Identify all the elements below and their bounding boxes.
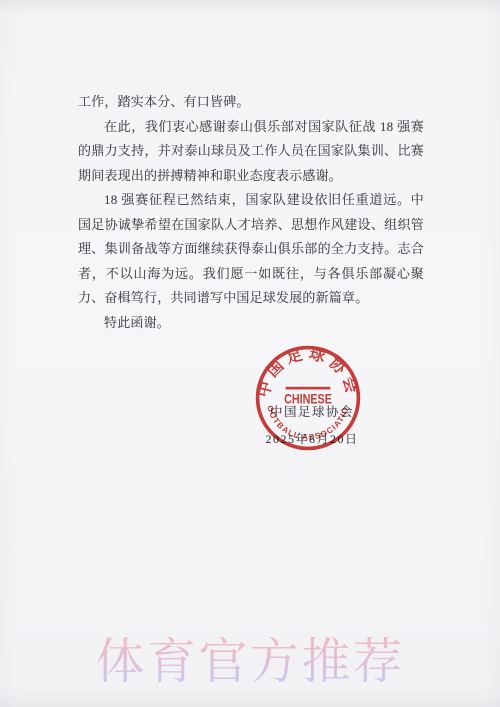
stamp-center-text: CHINESE [284,392,332,408]
stamp-graphic: 中国足球协会 CHINESE FOOTBALL ASSOCIATION [252,342,364,454]
official-seal-stamp-icon: 中国足球协会 CHINESE FOOTBALL ASSOCIATION [252,342,364,454]
paragraph: 工作，踏实本分、有口皆碑。 [78,90,424,115]
closing-paragraph: 特此函谢。 [78,311,424,336]
scanned-letter-page: 工作，踏实本分、有口皆碑。 在此，我们衷心感谢泰山俱乐部对国家队征战 18 强赛… [0,0,500,707]
letter-body: 工作，踏实本分、有口皆碑。 在此，我们衷心感谢泰山俱乐部对国家队征战 18 强赛… [78,90,424,335]
paragraph: 18 强赛征程已然结束，国家队建设依旧任重道远。中国足协诚挚希望在国家队人才培养… [78,188,424,311]
watermark-text: 体育官方推荐 [0,637,500,686]
paragraph: 在此，我们衷心感谢泰山俱乐部对国家队征战 18 强赛的鼎力支持，并对泰山球员及工… [78,115,424,189]
stamp-divider-bar [286,387,331,390]
